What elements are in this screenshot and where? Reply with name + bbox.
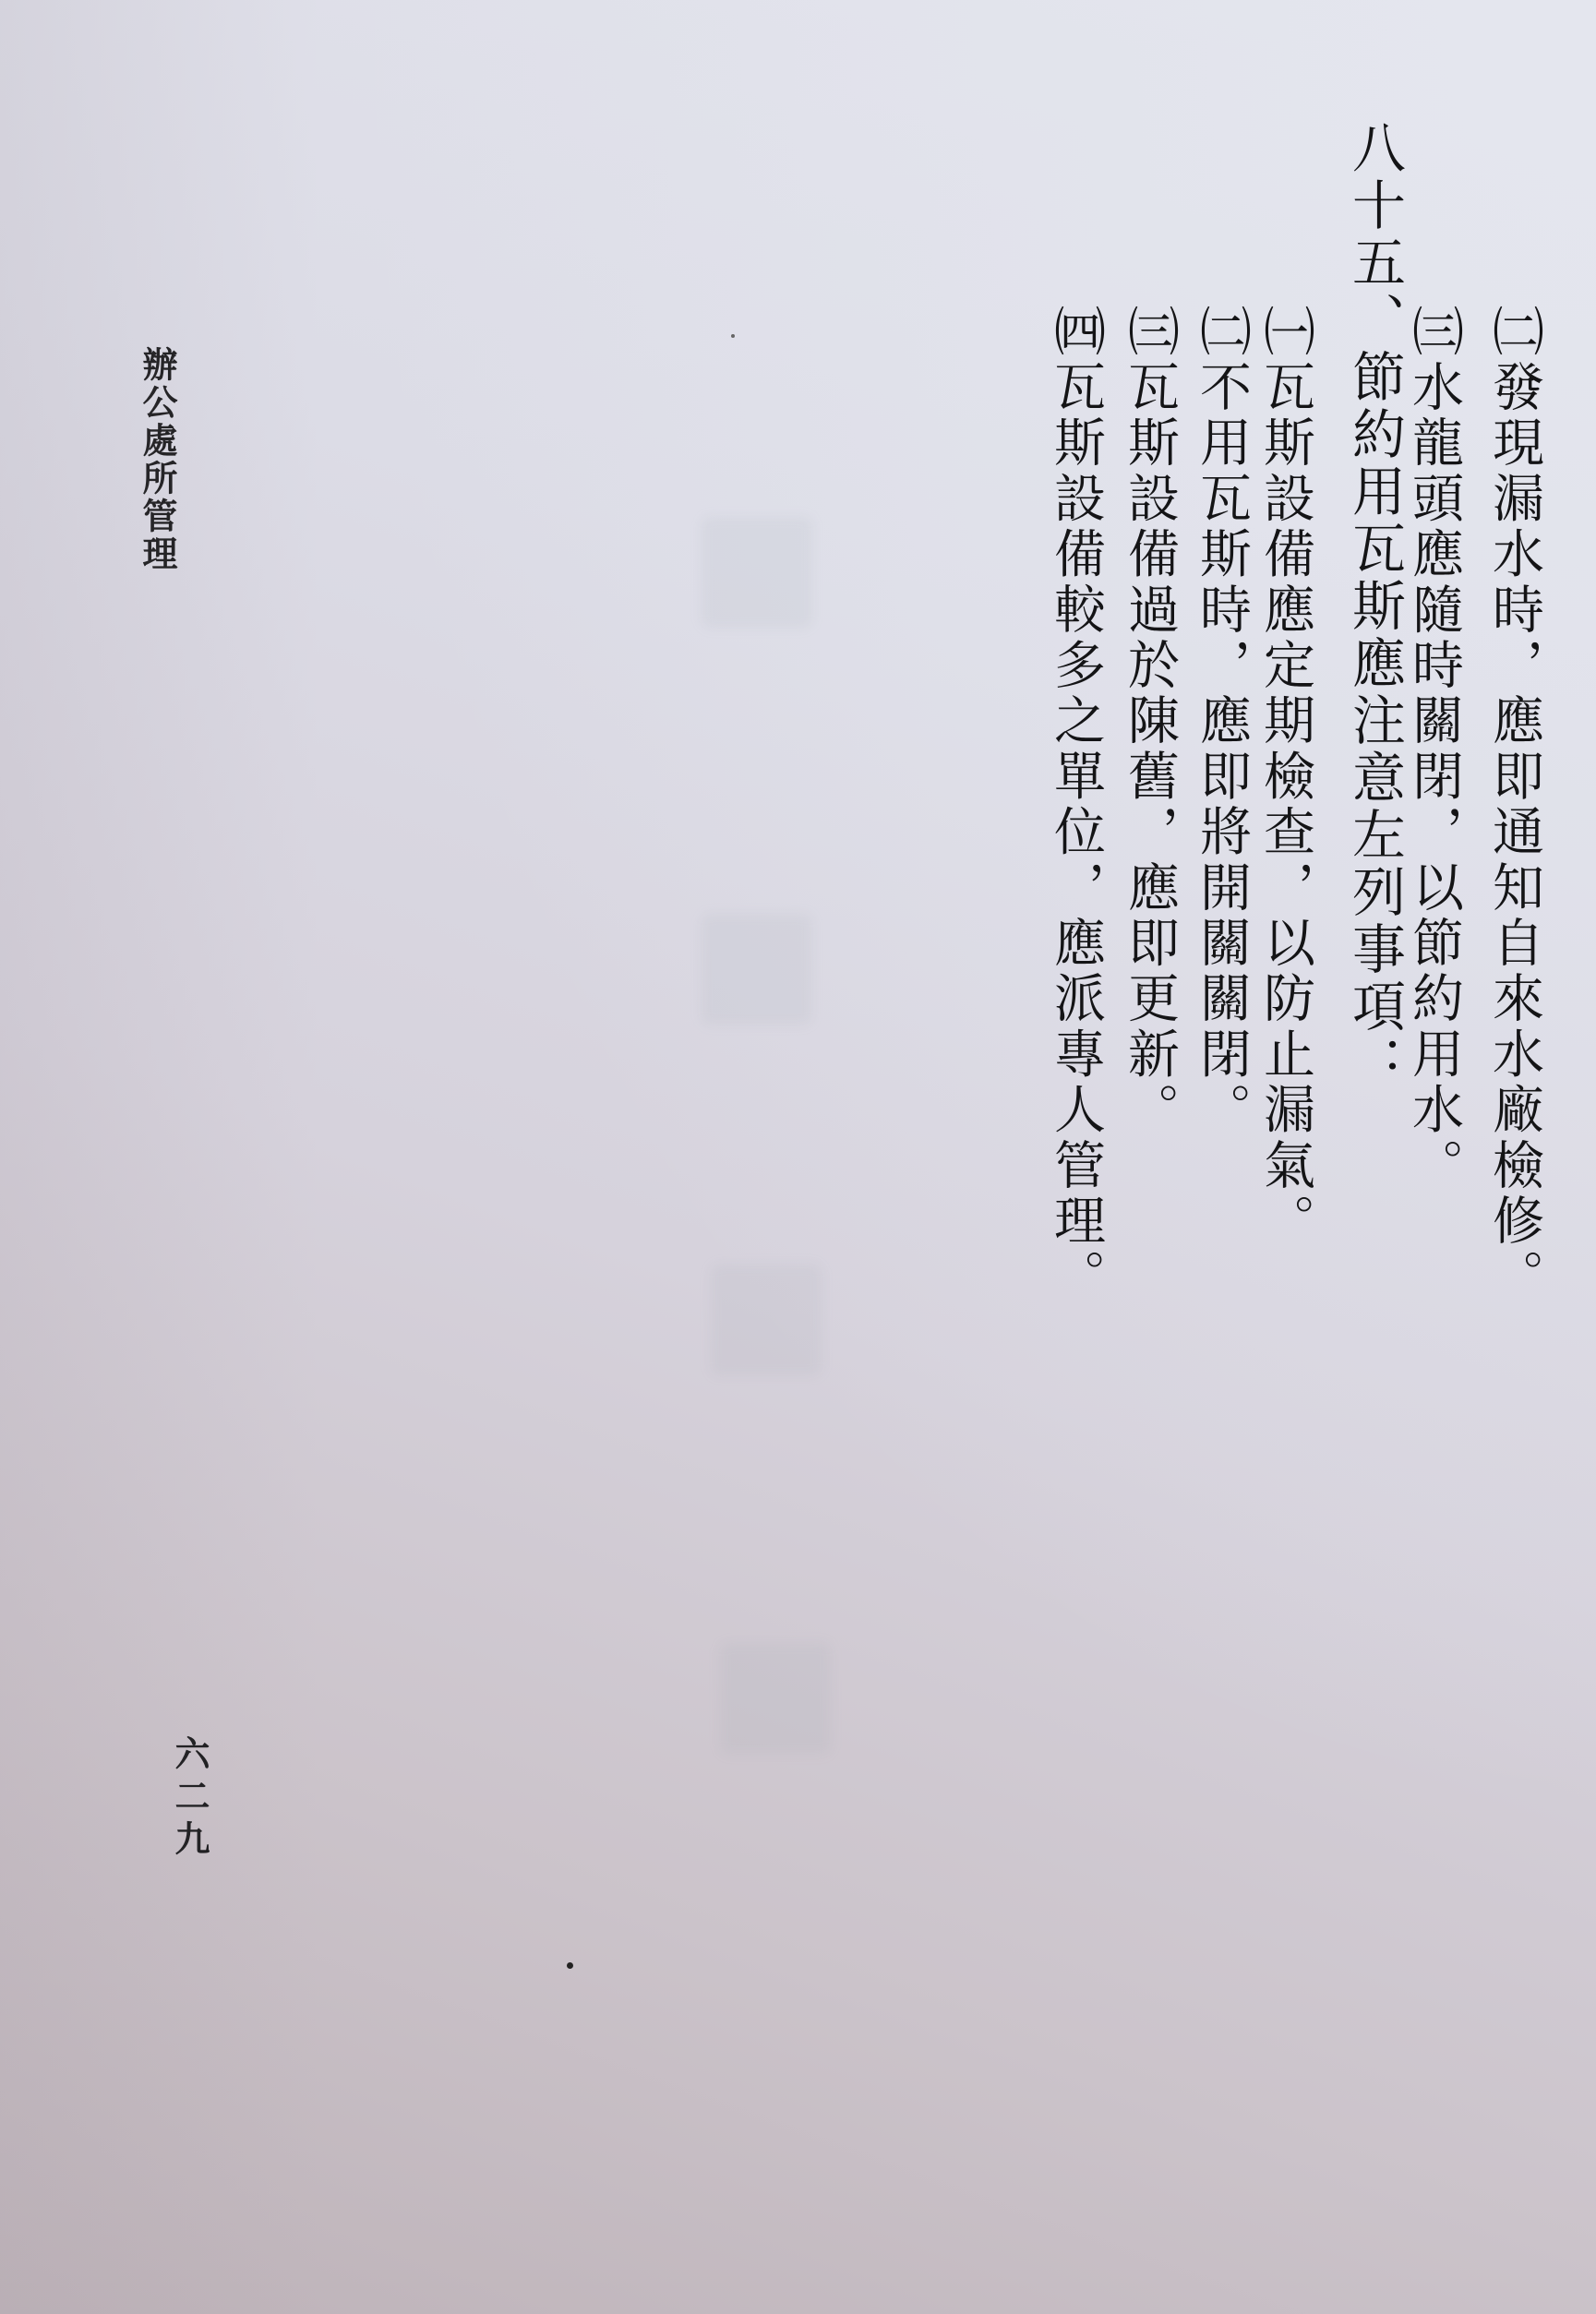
dust-speck bbox=[731, 334, 735, 338]
body-column-5: ㈡不用瓦斯時，應即將開關關閉。 bbox=[1195, 305, 1247, 1138]
show-through-mark bbox=[711, 1265, 822, 1375]
show-through-mark bbox=[720, 1643, 831, 1754]
body-column-1: ㈡發現漏水時，應即通知自來水廠檢修。 bbox=[1488, 305, 1540, 1305]
body-column-6: ㈢瓦斯設備過於陳舊，應即更新。 bbox=[1123, 305, 1175, 1138]
dust-speck bbox=[567, 1962, 573, 1969]
body-column-2: ㈢水龍頭應隨時關閉，以節約用水。 bbox=[1408, 305, 1459, 1193]
body-column-4: ㈠瓦斯設備應定期檢查，以防止漏氣。 bbox=[1259, 305, 1311, 1249]
show-through-mark bbox=[702, 517, 812, 628]
show-through-mark bbox=[702, 914, 812, 1025]
dust-speck bbox=[1139, 986, 1143, 989]
scanned-page: ㈡發現漏水時，應即通知自來水廠檢修。 ㈢水龍頭應隨時關閉，以節約用水。 八十五、… bbox=[0, 0, 1596, 2314]
running-head: 辦公處所管理 bbox=[139, 346, 174, 573]
page-number: 六二九 bbox=[172, 1735, 207, 1863]
section-heading: 八十五、節約用瓦斯應注意左列事項： bbox=[1348, 120, 1401, 1093]
body-column-7: ㈣瓦斯設備較多之單位，應派專人管理。 bbox=[1050, 305, 1101, 1305]
